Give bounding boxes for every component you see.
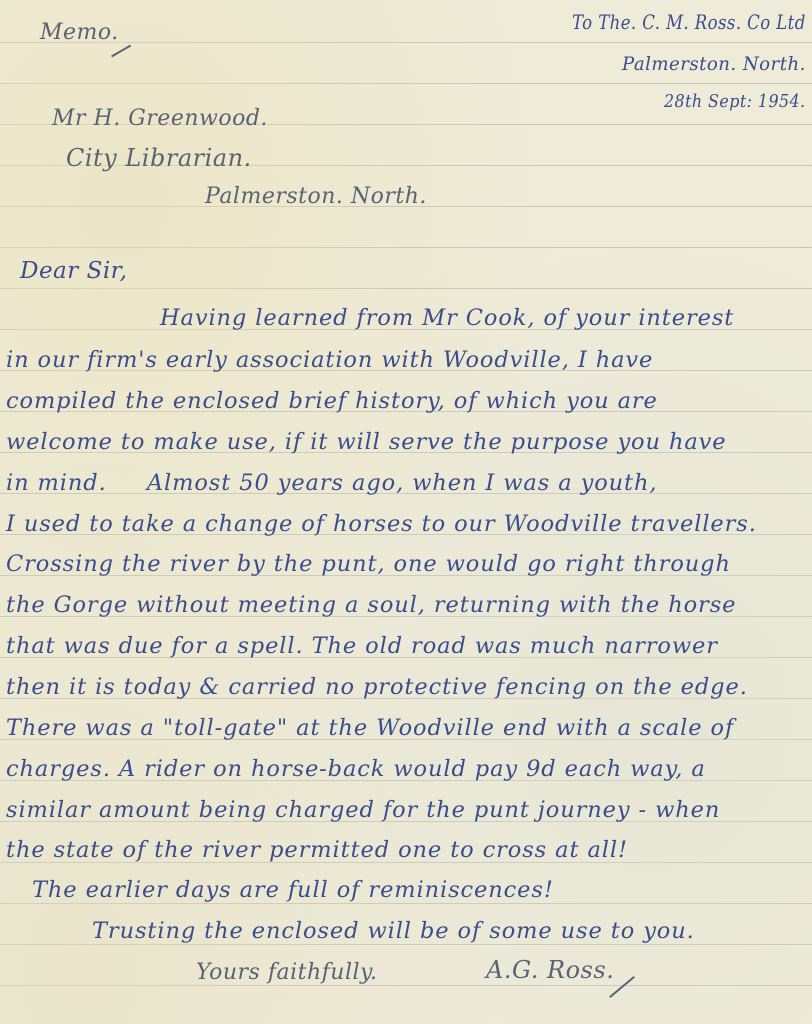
signature: A.G. Ross. <box>486 958 614 982</box>
body-line: compiled the enclosed brief history, of … <box>6 390 658 413</box>
pencil-tick-mark <box>111 45 131 57</box>
valediction: Yours faithfully. <box>196 962 378 984</box>
body-line: Having learned from Mr Cook, of your int… <box>160 307 734 330</box>
body-line: The earlier days are full of reminiscenc… <box>32 879 554 902</box>
salutation: Dear Sir, <box>20 260 127 283</box>
body-line: charges. A rider on horse-back would pay… <box>6 758 706 781</box>
body-line: Crossing the river by the punt, one woul… <box>6 553 731 576</box>
body-line: in mind. Almost 50 years ago, when I was… <box>6 472 657 495</box>
body-line: the state of the river permitted one to … <box>6 839 628 862</box>
memo-label: Memo. <box>40 22 119 44</box>
body-line: the Gorge without meeting a soul, return… <box>6 594 736 617</box>
recipient-name: Mr H. Greenwood. <box>52 108 268 130</box>
closing-line: Trusting the enclosed will be of some us… <box>92 920 695 943</box>
recipient-city: Palmerston. North. <box>205 186 427 208</box>
body-line: similar amount being charged for the pun… <box>6 799 720 822</box>
sender-city: Palmerston. North. <box>622 55 806 74</box>
letter-page: Memo. To The. C. M. Ross. Co Ltd Palmers… <box>0 0 812 1024</box>
body-line: in our firm's early association with Woo… <box>6 349 653 372</box>
body-line: welcome to make use, if it will serve th… <box>6 431 726 454</box>
body-line: I used to take a change of horses to our… <box>6 513 757 536</box>
recipient-title: City Librarian. <box>66 146 252 170</box>
body-line: then it is today & carried no protective… <box>6 676 748 699</box>
letter-date: 28th Sept: 1954. <box>664 93 806 111</box>
body-line: that was due for a spell. The old road w… <box>6 635 718 658</box>
body-line: There was a "toll-gate" at the Woodville… <box>6 717 734 740</box>
sender-company: To The. C. M. Ross. Co Ltd <box>572 12 806 32</box>
